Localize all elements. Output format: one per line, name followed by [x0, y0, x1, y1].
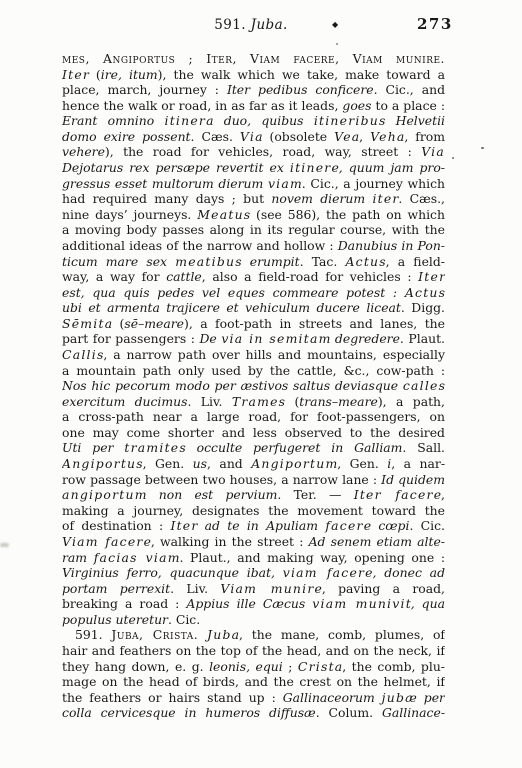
text-segment: row passage between two houses, a narrow… — [62, 472, 381, 487]
text-segment: populus uteretur — [62, 612, 168, 627]
text-segment — [198, 627, 207, 642]
text-line: a mountain path only used by the cattle,… — [62, 363, 445, 379]
text-line: Uti per tramites occulte perfugeret in G… — [62, 440, 445, 456]
text-segment: viam munivit — [312, 596, 412, 611]
text-segment: ( — [89, 67, 101, 82]
book-page: 591. Juba. ◆ 273 mes, Angiportus ; Iter,… — [0, 0, 522, 768]
text-segment: goes — [342, 98, 371, 113]
text-segment: , — [441, 487, 445, 502]
text-segment: via in semitam — [221, 331, 331, 346]
text-segment: a moving body passes along in its regula… — [62, 222, 445, 237]
text-line: colla cervicesque in humeros diffusæ. Co… — [62, 705, 445, 721]
text-line: exercitum ducimus. Liv. Trames (trans–me… — [62, 394, 445, 410]
text-line: angiportum non est pervium. Ter. — Iter … — [62, 487, 445, 503]
text-line: hence the walk or road, in as far as it … — [62, 98, 445, 114]
running-title-section-number: 591. — [214, 17, 246, 33]
text-segment: Actus — [405, 285, 445, 300]
text-segment: ), the road for vehicles, road, way, str… — [105, 144, 421, 159]
text-segment: , Gen. — [337, 456, 387, 471]
text-segment: ticum mare sex — [62, 254, 175, 269]
text-segment: . Colum. — [316, 705, 382, 720]
text-line: Viam facere, walking in the street : Ad … — [62, 534, 445, 550]
text-segment: the feathers or hairs stand up : — [62, 690, 283, 705]
text-segment: per — [417, 690, 445, 705]
text-segment: ( — [285, 394, 299, 409]
text-line: gressus esset multorum dierum viam. Cic.… — [62, 176, 445, 192]
text-segment: Iter — [170, 518, 198, 533]
text-segment: hence the walk or road, in as far as it … — [62, 98, 342, 113]
text-segment: Veha — [370, 129, 405, 144]
text-segment: Juba, Crista. — [111, 627, 198, 642]
text-segment: Viam munire — [220, 581, 323, 596]
text-line: breaking a road : Appius ille Cæcus viam… — [62, 596, 445, 612]
text-segment: itinera — [165, 113, 215, 128]
text-segment: Actus — [345, 254, 386, 269]
text-segment: . Digg. — [401, 300, 445, 315]
text-segment: of destination : — [62, 518, 170, 533]
text-line: Erant omnino itinera duo, quibus itineri… — [62, 113, 445, 129]
text-segment: colla cervicesque in humeros diffusæ — [62, 705, 316, 720]
text-segment: . Plaut. — [400, 331, 445, 346]
text-segment: duo, quibus — [213, 113, 313, 128]
text-segment: Vea — [334, 129, 360, 144]
text-segment: vehere — [62, 144, 105, 159]
text-line: Callis, a narrow path over hills and mou… — [62, 347, 445, 363]
text-segment: , a narrow path over hills and mountains… — [103, 347, 445, 362]
text-line: they hang down, e. g. leonis, equi ; Cri… — [62, 659, 445, 675]
text-segment: part for passengers : — [62, 331, 199, 346]
text-segment: . Cæs. — [191, 129, 240, 144]
text-line: way, a way for cattle, also a field-road… — [62, 269, 445, 285]
text-segment: . Sall. — [402, 440, 445, 455]
text-segment: cattle — [166, 269, 202, 284]
text-segment: Sēmita — [62, 316, 113, 331]
text-segment: way, a way for — [62, 269, 166, 284]
text-line: ubi et armenta trajicere et vehiculum du… — [62, 300, 445, 316]
text-line: Sēmita (sē–meare), a foot-path in street… — [62, 316, 445, 332]
scan-speck — [481, 147, 484, 149]
text-segment: , the mane, comb, plumes, of — [239, 627, 445, 642]
text-segment: . Ter. — — [277, 487, 353, 502]
text-segment: Iter pedibus conficere — [227, 82, 374, 97]
text-segment: leonis, equi — [209, 659, 283, 674]
text-segment: , quum jam pro- — [339, 160, 445, 175]
text-segment: Uti per — [62, 440, 124, 455]
text-segment: Trames — [232, 394, 286, 409]
text-segment: gressus esset multorum dierum — [62, 176, 268, 191]
text-segment: Angiportus — [62, 456, 144, 471]
text-segment: Via — [240, 129, 264, 144]
text-line: nine days’ journeys. Meatus (see 586), t… — [62, 207, 445, 223]
text-line: populus uteretur. Cic. — [62, 612, 445, 628]
scan-speck — [452, 157, 454, 159]
text-segment: viam facere — [283, 565, 374, 580]
text-segment: calles — [403, 378, 445, 393]
text-line: Nos hic pecorum modo per æstivos saltus … — [62, 378, 445, 394]
text-line: portam perrexit. Liv. Viam munire, pavin… — [62, 581, 445, 597]
text-segment: erumpit — [242, 254, 300, 269]
text-segment: Appius ille Cæcus — [186, 596, 312, 611]
text-segment: , a nar- — [391, 456, 445, 471]
text-segment: they hang down, e. g. — [62, 659, 209, 674]
text-segment: Callis — [62, 347, 105, 362]
text-line: a moving body passes along in its regula… — [62, 222, 445, 238]
text-segment: 591. — [75, 627, 111, 642]
text-segment: , donec ad — [373, 565, 445, 580]
text-segment: , walking in the street : — [151, 534, 309, 549]
text-segment: a mountain path only used by the cattle,… — [62, 363, 445, 378]
text-segment: est, qua quis pedes vel eques commeare p… — [62, 285, 405, 300]
text-segment: sē–meare — [124, 316, 184, 331]
text-segment: , paving a road, — [322, 581, 445, 596]
text-segment: novem dierum — [271, 191, 372, 206]
text-line: of destination : Iter ad te in Apuliam f… — [62, 518, 445, 534]
text-segment: domo exire possent — [62, 129, 191, 144]
text-line: row passage between two houses, a narrow… — [62, 472, 445, 488]
text-line: hair and feathers on the top of the head… — [62, 643, 445, 659]
text-segment: ), a foot-path in streets and lanes, the — [184, 316, 445, 331]
text-segment: ubi et armenta trajicere et vehiculum du… — [62, 300, 401, 315]
text-line: mage on the head of birds, and the crest… — [62, 674, 445, 690]
text-segment: one may come shorter and less observed t… — [62, 425, 445, 441]
text-segment: ), the walk which we take, make toward a — [158, 67, 445, 82]
text-line: the feathers or hairs stand up : Gallina… — [62, 690, 445, 706]
text-segment: , a field- — [386, 254, 445, 269]
text-segment: making a journey, designates the movemen… — [62, 503, 445, 519]
text-segment: Gallinaceorum — [283, 690, 382, 705]
text-segment: , Gen. — [143, 456, 193, 471]
text-line: vehere), the road for vehicles, road, wa… — [62, 144, 445, 160]
text-segment: portam perrexit — [62, 581, 170, 596]
text-segment: additional ideas of the narrow and hollo… — [62, 238, 338, 253]
text-segment: Ad senem etiam alte- — [309, 534, 445, 549]
text-segment: meatibus — [175, 254, 243, 269]
text-line: additional ideas of the narrow and hollo… — [62, 238, 445, 254]
text-segment: Crista — [298, 659, 344, 674]
running-title-word: Juba. — [251, 17, 288, 33]
text-segment: itinere — [290, 160, 340, 175]
text-segment: non est pervium — [146, 487, 277, 502]
text-line: Virginius ferro, quacunque ibat, viam fa… — [62, 565, 445, 581]
text-segment: itineribus — [314, 113, 387, 128]
text-segment: nine days’ journeys. — [62, 207, 197, 222]
text-line: 591. Juba, Crista. Juba, the mane, comb,… — [62, 627, 445, 643]
text-segment: ire, itum — [101, 67, 158, 82]
text-segment: . Cæs., — [398, 191, 445, 206]
text-line: ram facias viam. Plaut., and making way,… — [62, 550, 445, 566]
text-segment: a cross-path near a large road, for foot… — [62, 409, 445, 425]
text-segment: ram — [62, 550, 94, 565]
text-line: domo exire possent. Cæs. Via (obsolete V… — [62, 129, 445, 145]
text-line: Angiportus, Gen. us, and Angiportum, Gen… — [62, 456, 445, 472]
text-segment: Iter facere — [354, 487, 443, 502]
text-line: ticum mare sex meatibus erumpit. Tac. Ac… — [62, 254, 445, 270]
text-segment: Meatus — [197, 207, 251, 222]
text-segment: ; — [283, 659, 298, 674]
text-segment: ( — [112, 316, 124, 331]
text-segment: mes, Angiportus ; Iter, Viam facere, Via… — [62, 51, 445, 66]
text-segment: Viam facere — [62, 534, 152, 549]
text-segment: ), a path, — [378, 394, 445, 409]
text-line: place, march, journey : Iter pedibus con… — [62, 82, 445, 98]
text-segment: Angiportum — [251, 456, 338, 471]
text-segment: facere — [325, 518, 372, 533]
text-segment: (see 586), the path on which — [250, 207, 445, 222]
header-ornament-icon: ◆ — [332, 21, 338, 29]
text-segment: jubæ — [382, 690, 418, 705]
text-segment: . Liv. — [187, 394, 231, 409]
text-line: a cross-path near a large road, for foot… — [62, 409, 445, 425]
text-segment: breaking a road : — [62, 596, 186, 611]
text-segment: . Cic. — [409, 518, 445, 533]
text-segment: facias viam — [94, 550, 181, 565]
text-segment: . Cic., and — [374, 82, 445, 97]
text-segment: Iter — [418, 269, 445, 284]
text-segment: , — [359, 129, 370, 144]
text-segment: Erant omnino — [62, 113, 165, 128]
text-segment: , and — [207, 456, 251, 471]
text-segment: hair and feathers on the top of the head… — [62, 643, 445, 658]
text-segment: Helvetii — [385, 113, 445, 128]
text-segment: . Plaut., and making way, opening one : — [179, 550, 445, 565]
text-segment: De — [199, 331, 221, 346]
page-number: 273 — [417, 15, 453, 33]
text-line: part for passengers : De via in semitam … — [62, 331, 445, 347]
text-segment: Dejotarus rex persæpe revertit ex — [62, 160, 290, 175]
text-segment: tramites — [124, 440, 187, 455]
text-segment: . Liv. — [170, 581, 220, 596]
text-segment: cœpi — [371, 518, 409, 533]
text-line: one may come shorter and less observed t… — [62, 425, 445, 441]
text-segment: trans–meare — [299, 394, 378, 409]
text-segment: degredere — [330, 331, 400, 346]
text-segment: Juba — [207, 627, 240, 642]
text-segment: Nos hic pecorum modo per æstivos saltus … — [62, 378, 403, 393]
text-segment: , also a field-road for vehicles : — [202, 269, 418, 284]
text-line: Dejotarus rex persæpe revertit ex itiner… — [62, 160, 445, 176]
text-segment: (obsolete — [262, 129, 334, 144]
text-line: had required many days ; but novem dieru… — [62, 191, 445, 207]
text-line: est, qua quis pedes vel eques commeare p… — [62, 285, 445, 301]
text-segment: . Cic., a journey which — [302, 176, 445, 191]
text-segment: Gallinace- — [382, 705, 445, 720]
text-segment: had required many days ; but — [62, 191, 271, 206]
text-segment: exercitum ducimus — [62, 394, 187, 409]
text-segment: Danubius in Pon- — [338, 238, 445, 253]
text-segment: occulte perfugeret in Galliam — [186, 440, 403, 455]
body-text: mes, Angiportus ; Iter, Viam facere, Via… — [62, 51, 445, 721]
text-segment: to a place : — [372, 98, 446, 113]
text-segment: place, march, journey : — [62, 82, 227, 97]
text-segment: , qua — [411, 596, 445, 611]
text-segment: ad te in Apuliam — [197, 518, 325, 533]
text-segment: Id quidem — [381, 472, 445, 487]
text-segment: us — [193, 456, 207, 471]
text-segment: angiportum — [62, 487, 148, 502]
text-line: mes, Angiportus ; Iter, Viam facere, Via… — [62, 51, 445, 67]
text-line: Iter (ire, itum), the walk which we take… — [62, 67, 445, 83]
text-segment: , the comb, plu- — [342, 659, 445, 674]
text-segment: . Cic. — [168, 612, 200, 627]
text-segment: . Tac. — [300, 254, 346, 269]
text-segment: iter — [372, 191, 399, 206]
text-segment: Virginius ferro, quacunque ibat, — [62, 565, 283, 580]
scan-smudge — [0, 543, 9, 547]
text-segment: , from — [404, 129, 445, 144]
scan-speck — [336, 43, 338, 45]
text-segment: Iter — [62, 67, 90, 82]
text-segment: viam — [268, 176, 303, 191]
text-segment: mage on the head of birds, and the crest… — [62, 674, 445, 689]
text-line: making a journey, designates the movemen… — [62, 503, 445, 519]
